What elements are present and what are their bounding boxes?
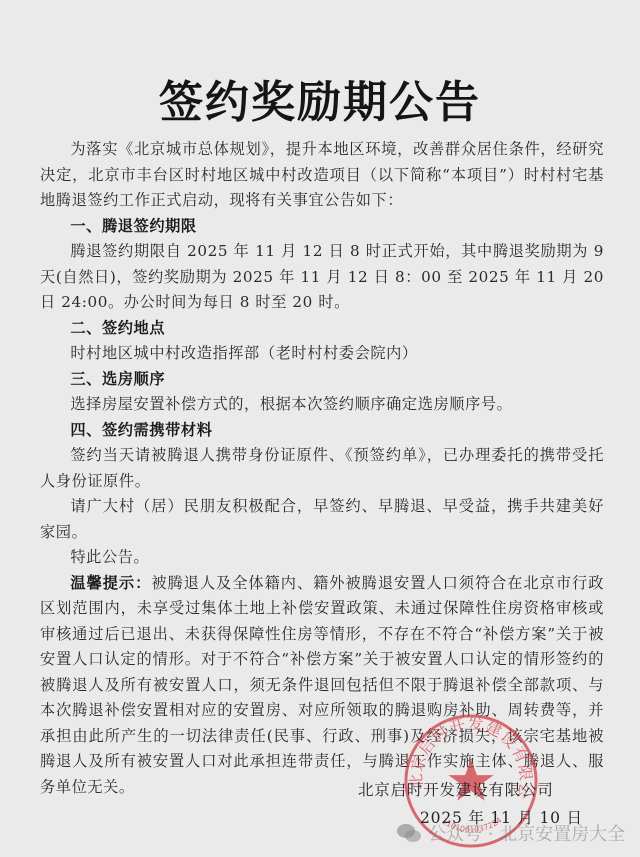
watermark: 公众号 · 北京安置房大全 [396, 820, 625, 846]
section-heading-2: 二、签约地点 [40, 316, 604, 342]
notice-body: 为落实《北京城市总体规划》，提升本地区环境，改善群众居住条件，经研究决定，北京市… [40, 137, 604, 800]
wechat-icon [396, 823, 422, 843]
watermark-text: 公众号 · 北京安置房大全 [428, 820, 625, 846]
warm-tip-paragraph: 温馨提示：被腾退人及全体籍内、籍外被腾退安置人口须符合在北京市行政区划范围内，未… [40, 571, 604, 801]
section-text-4: 签约当天请被腾退人携带身份证原件、《预签约单》，已办理委托的携带受托人身份证原件… [40, 443, 604, 494]
warm-tip-label: 温馨提示： [70, 574, 151, 592]
section-text-1: 腾退签约期限自 2025 年 11 月 12 日 8 时正式开始，其中腾退奖励期… [40, 239, 604, 316]
notice-title: 签约奖励期公告 [0, 66, 640, 130]
warm-tip-text: 被腾退人及全体籍内、籍外被腾退安置人口须符合在北京市行政区划范围内，未享受过集体… [40, 574, 604, 796]
signature-company: 北京启时开发建设有限公司 [358, 776, 583, 804]
section-text-3: 选择房屋安置补偿方式的，根据本次签约顺序确定选房顺序号。 [40, 392, 604, 418]
section-text-2: 时村地区城中村改造指挥部（老时村村委会院内） [40, 341, 604, 367]
intro-paragraph: 为落实《北京城市总体规划》，提升本地区环境，改善群众居住条件，经研究决定，北京市… [40, 137, 604, 214]
closing-line: 特此公告。 [40, 545, 604, 571]
appeal-paragraph: 请广大村（居）民朋友积极配合，早签约、早腾退、早受益，携手共建美好家园。 [40, 494, 604, 545]
section-heading-4: 四、签约需携带材料 [40, 418, 604, 444]
section-heading-1: 一、腾退签约期限 [40, 214, 604, 240]
section-heading-3: 三、选房顺序 [40, 367, 604, 393]
